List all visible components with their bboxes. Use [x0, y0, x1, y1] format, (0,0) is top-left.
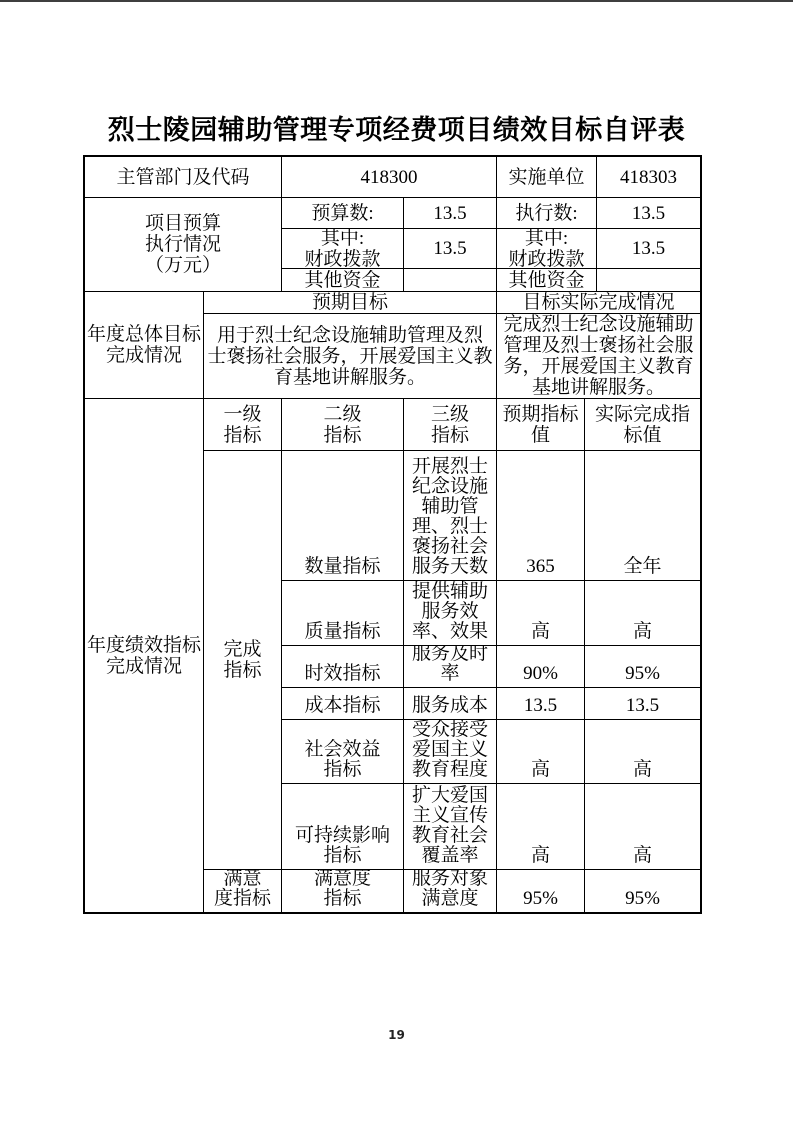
- quantity-expected: 365: [497, 451, 584, 580]
- satisfaction-expected: 95%: [497, 870, 584, 912]
- cost-indicator-desc: 服务成本: [404, 688, 496, 719]
- dept-label: 主管部门及代码: [85, 157, 281, 197]
- quality-indicator-desc: 提供辅助 服务效 率、效果: [404, 581, 496, 645]
- impl-unit-label: 实施单位: [497, 157, 596, 197]
- budget-amount-label: 预算数:: [282, 198, 403, 228]
- expected-goal-text: 用于烈士纪念设施辅助管理及烈 士褒扬社会服务，开展爱国主义教 育基地讲解服务。: [204, 314, 496, 398]
- page-number: 19: [0, 1028, 793, 1042]
- satisfaction-indicator-label: 满意度 指标: [282, 870, 403, 912]
- quantity-indicator-desc: 开展烈士 纪念设施 辅助管 理、烈士 褒扬社会 服务天数: [404, 451, 496, 580]
- social-benefit-indicator-label: 社会效益 指标: [282, 720, 403, 783]
- header-expected-value: 预期指标 值: [497, 399, 584, 450]
- social-benefit-actual: 高: [585, 720, 700, 783]
- other-funds-value: [404, 269, 496, 291]
- timeliness-indicator-desc: 服务及时 率: [404, 646, 496, 687]
- header-actual-value: 实际完成指 标值: [585, 399, 700, 450]
- social-benefit-indicator-desc: 受众接受 爱国主义 教育程度: [404, 720, 496, 783]
- header-level2: 二级 指标: [282, 399, 403, 450]
- satisfaction-indicator-desc: 服务对象 满意度: [404, 870, 496, 912]
- social-benefit-expected: 高: [497, 720, 584, 783]
- sustainability-expected: 高: [497, 784, 584, 869]
- quality-actual: 高: [585, 581, 700, 645]
- executed-amount-value: 13.5: [597, 198, 700, 228]
- cost-actual: 13.5: [585, 688, 700, 719]
- dept-code: 418300: [282, 157, 496, 197]
- page-title: 烈士陵园辅助管理专项经费项目绩效目标自评表: [0, 108, 793, 147]
- satisfaction-actual: 95%: [585, 870, 700, 912]
- quantity-indicator-label: 数量指标: [282, 451, 403, 580]
- sustainability-actual: 高: [585, 784, 700, 869]
- header-level3: 三级 指标: [404, 399, 496, 450]
- impl-unit-code: 418303: [597, 157, 700, 197]
- group-satisfaction-label: 满意 度指标: [204, 870, 281, 912]
- cost-indicator-label: 成本指标: [282, 688, 403, 719]
- actual-goal-text: 完成烈士纪念设施辅助 管理及烈士褒扬社会服 务，开展爱国主义教育 基地讲解服务。: [497, 314, 700, 398]
- timeliness-indicator-label: 时效指标: [282, 646, 403, 687]
- quality-expected: 高: [497, 581, 584, 645]
- cost-expected: 13.5: [497, 688, 584, 719]
- indicators-section-label: 年度绩效指标 完成情况: [85, 399, 203, 912]
- annual-goal-section-label: 年度总体目标 完成情况: [85, 292, 203, 398]
- sustainability-indicator-desc: 扩大爱国 主义宣传 教育社会 覆盖率: [404, 784, 496, 869]
- quality-indicator-label: 质量指标: [282, 581, 403, 645]
- fiscal-grant-label-exec: 其中: 财政拨款: [497, 229, 596, 268]
- sustainability-indicator-label: 可持续影响 指标: [282, 784, 403, 869]
- budget-section-label: 项目预算 执行情况 （万元）: [85, 198, 281, 291]
- fiscal-grant-label: 其中: 财政拨款: [282, 229, 403, 268]
- quantity-actual: 全年: [585, 451, 700, 580]
- header-level1: 一级 指标: [204, 399, 281, 450]
- document-page: 烈士陵园辅助管理专项经费项目绩效目标自评表 主管部门及代码 418300 实施单…: [0, 0, 793, 1122]
- fiscal-grant-value-exec: 13.5: [597, 229, 700, 268]
- timeliness-expected: 90%: [497, 646, 584, 687]
- budget-amount-value: 13.5: [404, 198, 496, 228]
- self-evaluation-table: 主管部门及代码 418300 实施单位 418303 项目预算 执行情况 （万元…: [83, 155, 702, 914]
- other-funds-label-exec: 其他资金: [497, 269, 596, 291]
- executed-amount-label: 执行数:: [497, 198, 596, 228]
- group-completion-label: 完成 指标: [204, 451, 281, 869]
- other-funds-label: 其他资金: [282, 269, 403, 291]
- actual-goal-header: 目标实际完成情况: [497, 292, 700, 313]
- other-funds-value-exec: [597, 269, 700, 291]
- fiscal-grant-value: 13.5: [404, 229, 496, 268]
- expected-goal-header: 预期目标: [204, 292, 496, 313]
- top-rule: [0, 0, 793, 2]
- timeliness-actual: 95%: [585, 646, 700, 687]
